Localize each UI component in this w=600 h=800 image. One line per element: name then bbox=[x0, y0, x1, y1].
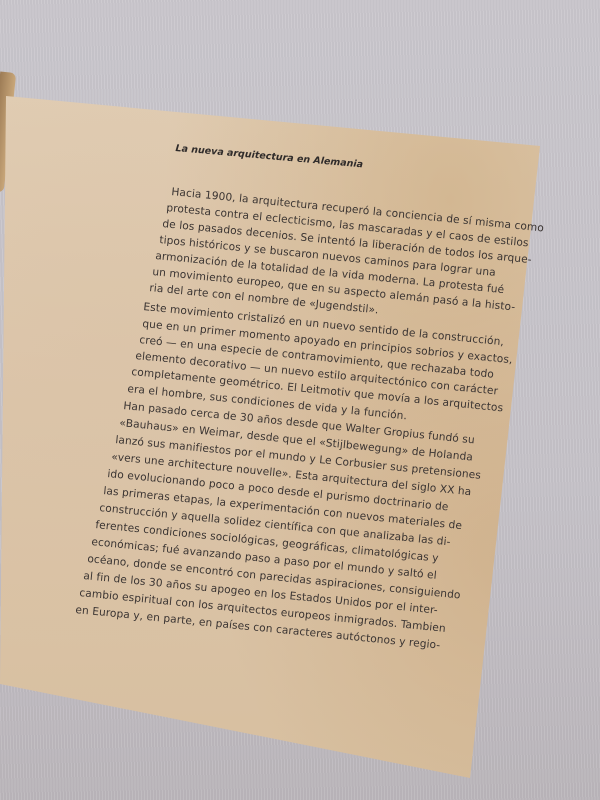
page-text: La nueva arquitectura en Alemania Hacia … bbox=[0, 0, 600, 800]
page-title: La nueva arquitectura en Alemania bbox=[175, 143, 363, 170]
